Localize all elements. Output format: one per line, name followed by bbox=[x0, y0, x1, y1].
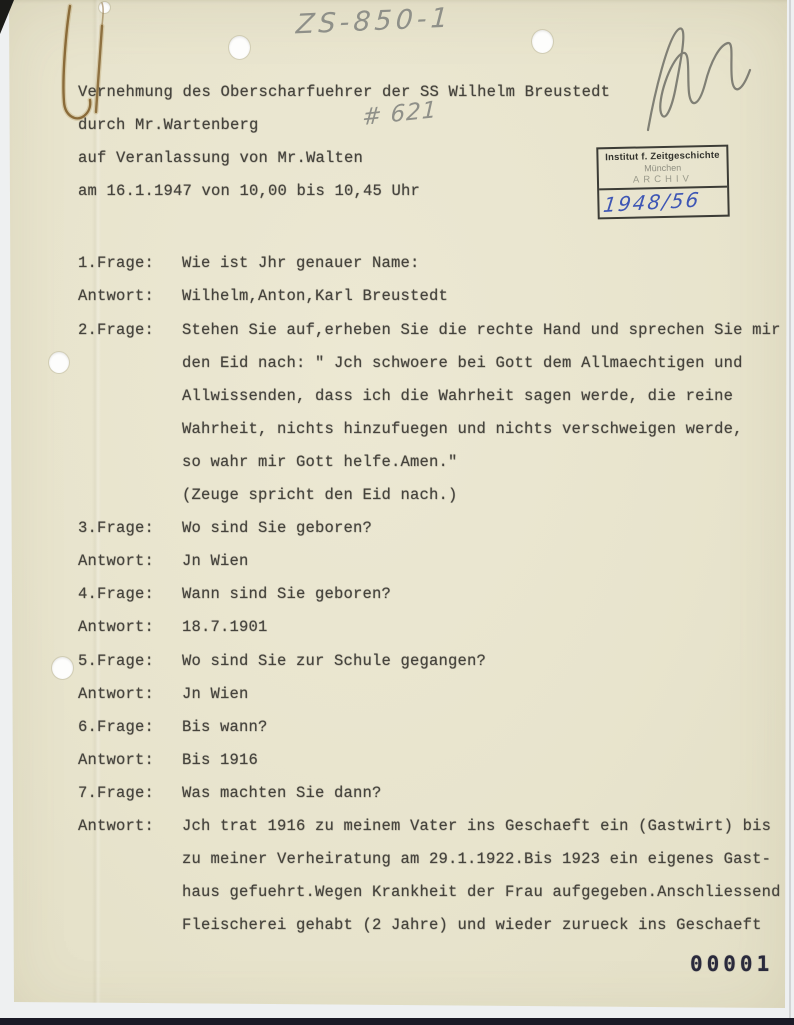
qa-label bbox=[78, 479, 182, 512]
qa-label: Antwort: bbox=[78, 611, 182, 644]
page-number-stamp: 00001 bbox=[690, 952, 773, 976]
qa-row: 4.Frage:Wann sind Sie geboren? bbox=[78, 578, 794, 611]
qa-label bbox=[78, 876, 182, 909]
classification-number-handwritten: ZS-850-1 bbox=[295, 3, 453, 41]
qa-row: den Eid nach: " Jch schwoere bei Gott de… bbox=[78, 347, 794, 380]
qa-text: so wahr mir Gott helfe.Amen." bbox=[182, 446, 458, 479]
qa-row: Antwort:Jn Wien bbox=[78, 545, 794, 578]
qa-label: 2.Frage: bbox=[78, 314, 182, 347]
qa-row: 7.Frage:Was machten Sie dann? bbox=[78, 777, 794, 810]
qa-text: Jn Wien bbox=[182, 678, 249, 711]
scanned-document-view: ZS-850-1 # 621 Institut f. Zeitgeschicht… bbox=[0, 0, 794, 1025]
qa-text: Stehen Sie auf,erheben Sie die rechte Ha… bbox=[182, 314, 781, 347]
qa-row: 2.Frage:Stehen Sie auf,erheben Sie die r… bbox=[78, 314, 794, 347]
qa-label bbox=[78, 909, 182, 942]
qa-text: 18.7.1901 bbox=[182, 611, 268, 644]
qa-text: Was machten Sie dann? bbox=[182, 777, 382, 810]
qa-label bbox=[78, 413, 182, 446]
document-header: Vernehmung des Oberscharfuehrer der SS W… bbox=[78, 76, 794, 208]
header-line-text: durch Mr.Wartenberg bbox=[78, 109, 259, 142]
qa-text: Bis 1916 bbox=[182, 744, 258, 777]
qa-row: Antwort:Bis 1916 bbox=[78, 744, 794, 777]
punch-hole bbox=[52, 657, 73, 679]
qa-label: 5.Frage: bbox=[78, 645, 182, 678]
qa-row: Antwort:18.7.1901 bbox=[78, 611, 794, 644]
qa-row: zu meiner Verheiratung am 29.1.1922.Bis … bbox=[78, 843, 794, 876]
qa-row: (Zeuge spricht den Eid nach.) bbox=[78, 479, 794, 512]
qa-label: Antwort: bbox=[78, 744, 182, 777]
qa-row: haus gefuehrt.Wegen Krankheit der Frau a… bbox=[78, 876, 794, 909]
qa-text: Fleischerei gehabt (2 Jahre) und wieder … bbox=[182, 909, 762, 942]
qa-label: 1.Frage: bbox=[78, 247, 182, 280]
qa-label: Antwort: bbox=[78, 545, 182, 578]
qa-row: Fleischerei gehabt (2 Jahre) und wieder … bbox=[78, 909, 794, 942]
qa-label: 3.Frage: bbox=[78, 512, 182, 545]
qa-row: so wahr mir Gott helfe.Amen." bbox=[78, 446, 794, 479]
qa-row: 5.Frage:Wo sind Sie zur Schule gegangen? bbox=[78, 645, 794, 678]
qa-label bbox=[78, 446, 182, 479]
qa-label bbox=[78, 843, 182, 876]
qa-text: Wilhelm,Anton,Karl Breustedt bbox=[182, 280, 448, 313]
qa-row: Wahrheit, nichts hinzufuegen und nichts … bbox=[78, 413, 794, 446]
qa-row: 6.Frage:Bis wann? bbox=[78, 711, 794, 744]
header-line: auf Veranlassung von Mr.Walten bbox=[78, 142, 794, 175]
qa-label: Antwort: bbox=[78, 810, 182, 843]
qa-text: Wann sind Sie geboren? bbox=[182, 578, 391, 611]
scan-edge-line bbox=[789, 0, 791, 1025]
qa-text: Bis wann? bbox=[182, 711, 268, 744]
qa-row: 1.Frage:Wie ist Jhr genauer Name: bbox=[78, 247, 794, 280]
header-line: am 16.1.1947 von 10,00 bis 10,45 Uhr bbox=[78, 175, 794, 208]
qa-text: Allwissenden, dass ich die Wahrheit sage… bbox=[182, 380, 733, 413]
punch-hole bbox=[229, 36, 250, 59]
typewritten-text: Vernehmung des Oberscharfuehrer der SS W… bbox=[78, 76, 794, 942]
qa-text: Wahrheit, nichts hinzufuegen und nichts … bbox=[182, 413, 743, 446]
qa-label: 7.Frage: bbox=[78, 777, 182, 810]
qa-label bbox=[78, 380, 182, 413]
header-line-text: auf Veranlassung von Mr.Walten bbox=[78, 142, 363, 175]
qa-text: den Eid nach: " Jch schwoere bei Gott de… bbox=[182, 347, 743, 380]
qa-row: Antwort:Jch trat 1916 zu meinem Vater in… bbox=[78, 810, 794, 843]
header-line: durch Mr.Wartenberg bbox=[78, 109, 794, 142]
qa-text: Jch trat 1916 zu meinem Vater ins Gescha… bbox=[182, 810, 771, 843]
qa-row: 3.Frage:Wo sind Sie geboren? bbox=[78, 512, 794, 545]
qa-label: 6.Frage: bbox=[78, 711, 182, 744]
punch-hole bbox=[532, 30, 553, 53]
qa-text: Jn Wien bbox=[182, 545, 249, 578]
qa-text: haus gefuehrt.Wegen Krankheit der Frau a… bbox=[182, 876, 781, 909]
qa-label: Antwort: bbox=[78, 678, 182, 711]
qa-row: Allwissenden, dass ich die Wahrheit sage… bbox=[78, 380, 794, 413]
header-line-text: Vernehmung des Oberscharfuehrer der SS W… bbox=[78, 76, 610, 109]
qa-row: Antwort:Jn Wien bbox=[78, 678, 794, 711]
qa-text: zu meiner Verheiratung am 29.1.1922.Bis … bbox=[182, 843, 771, 876]
qa-row: Antwort:Wilhelm,Anton,Karl Breustedt bbox=[78, 280, 794, 313]
punch-hole bbox=[49, 352, 69, 373]
document-page: ZS-850-1 # 621 Institut f. Zeitgeschicht… bbox=[0, 0, 794, 1025]
qa-text: Wie ist Jhr genauer Name: bbox=[182, 247, 420, 280]
qa-label: 4.Frage: bbox=[78, 578, 182, 611]
qa-text: Wo sind Sie geboren? bbox=[182, 512, 372, 545]
qa-transcript: 1.Frage:Wie ist Jhr genauer Name: Antwor… bbox=[78, 247, 794, 942]
qa-label bbox=[78, 347, 182, 380]
bottom-scan-band bbox=[0, 1018, 794, 1025]
header-line-text: am 16.1.1947 von 10,00 bis 10,45 Uhr bbox=[78, 175, 420, 208]
qa-text: (Zeuge spricht den Eid nach.) bbox=[182, 479, 458, 512]
header-line: Vernehmung des Oberscharfuehrer der SS W… bbox=[78, 76, 794, 109]
qa-text: Wo sind Sie zur Schule gegangen? bbox=[182, 645, 486, 678]
qa-label: Antwort: bbox=[78, 280, 182, 313]
